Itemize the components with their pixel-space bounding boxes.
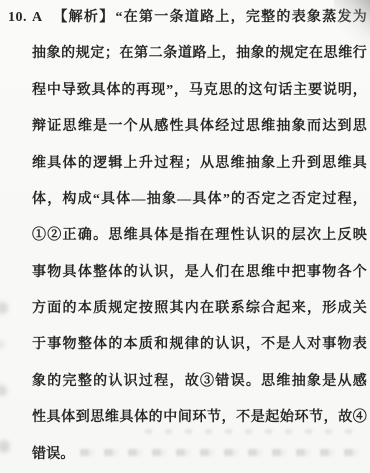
- analysis-line: 象的完整的认识过程，故③错误。思维抽象是从感: [32, 364, 367, 400]
- analysis-label: 【解析】: [52, 10, 114, 25]
- question-number: 10.: [8, 10, 27, 25]
- analysis-line: 维具体的逻辑上升过程；从思维抽象上升到思维具: [32, 146, 367, 182]
- analysis-line: 体，构成“具体—抽象—具体”的否定之否定过程，: [32, 182, 367, 218]
- analysis-line: ①②正确。思维具体是指在理性认识的层次上反映: [32, 218, 367, 254]
- answer-line: 10.A【解析】“在第一条道路上，完整的表象蒸发为: [8, 0, 367, 36]
- analysis-line: 抽象的规定；在第二条道路上，抽象的规定在思维行: [32, 36, 367, 72]
- analysis-line: 辩证思维是一个从感性具体经过思维抽象而达到思: [32, 109, 367, 145]
- answer-explanation: 10.A【解析】“在第一条道路上，完整的表象蒸发为 抽象的规定；在第二条道路上，…: [0, 0, 370, 473]
- analysis-line: 错误。: [32, 437, 367, 473]
- analysis-line: 程中导致具体的再现”，马克思的这句话主要说明，: [32, 73, 367, 109]
- answer-letter: A: [32, 10, 42, 25]
- analysis-line: 于事物整体的本质和规律的认识，不是人对事物表: [32, 327, 367, 363]
- scanned-answer-page: 10.A【解析】“在第一条道路上，完整的表象蒸发为 抽象的规定；在第二条道路上，…: [0, 0, 370, 473]
- analysis-line: “在第一条道路上，完整的表象蒸发为: [115, 10, 367, 25]
- analysis-line: 性具体到思维具体的中间环节，不是起始环节，故④: [32, 400, 367, 436]
- analysis-line: 事物具体整体的认识，是人们在思维中把事物各个: [32, 255, 367, 291]
- analysis-line: 方面的本质规定按照其内在联系综合起来，形成关: [32, 291, 367, 327]
